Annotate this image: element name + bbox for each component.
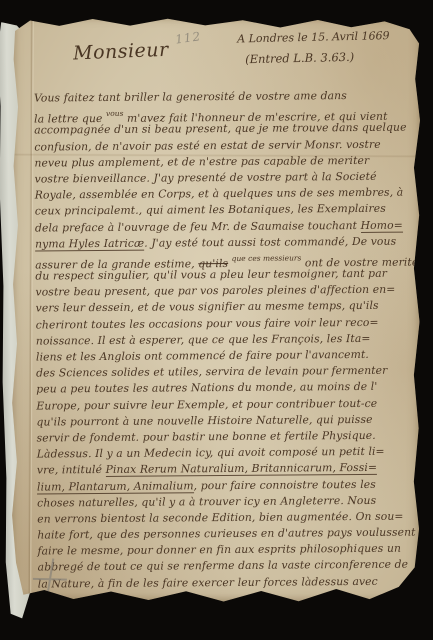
salutation: Monsieur <box>73 39 169 65</box>
pencil-cross-vertical-stroke <box>45 558 54 602</box>
manuscript-photo: 112 Monsieur A Londres le 15. Avril 1669… <box>0 0 433 640</box>
entry-note: (Entred L.B. 3.63.) <box>245 49 405 66</box>
letter-body: Vous faitez tant briller la generosité d… <box>34 88 416 593</box>
manuscript-page: 112 Monsieur A Londres le 15. Avril 1669… <box>7 12 427 606</box>
pencil-cross-icon <box>31 557 68 603</box>
body-line: la Nature, à fin de les faire exercer le… <box>38 573 416 592</box>
dateline: A Londres le 15. Avril 1669 <box>237 29 417 46</box>
folio-number: 112 <box>174 29 202 46</box>
